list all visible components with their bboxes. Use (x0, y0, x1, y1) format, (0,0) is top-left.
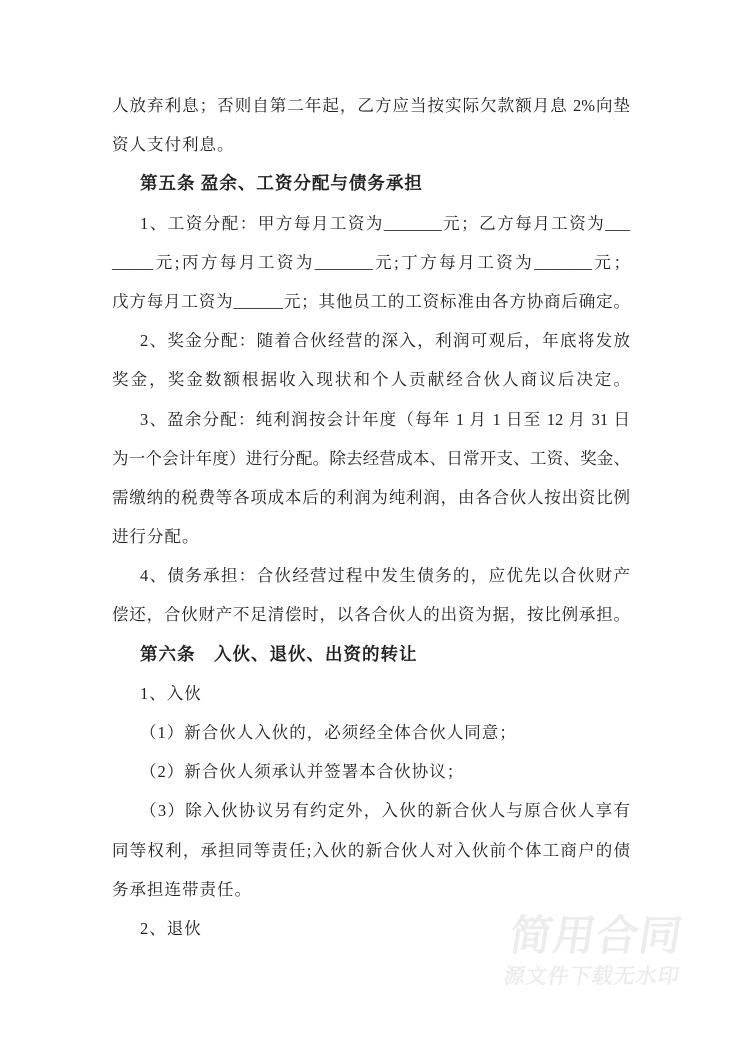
document-line: 4、债务承担：合伙经营过程中发生债务的，应优先以合伙财产 (112, 556, 630, 595)
document-line: （3）除入伙协议另有约定外，入伙的新合伙人与原合伙人享有 (112, 791, 630, 830)
document-line: 奖金，奖金数额根据收入现状和个人贡献经合伙人商议后决定。 (112, 360, 630, 399)
watermark-subtitle: 源文件下载无水印 (502, 965, 682, 989)
document-line: 资人支付利息。 (112, 125, 630, 164)
document-line: 同等权利，承担同等责任;入伙的新合伙人对入伙前个体工商户的债 (112, 831, 630, 870)
document-line: 3、盈余分配：纯利润按会计年度（每年 1 月 1 日至 12 月 31 日 (112, 400, 630, 439)
document-line: 偿还，合伙财产不足清偿时，以各合伙人的出资为据，按比例承担。 (112, 595, 630, 634)
document-line: （1）新合伙人入伙的，必须经全体合伙人同意； (112, 713, 630, 752)
watermark-title: 简用合同 (506, 912, 690, 960)
document-line: 1、工资分配：甲方每月工资为_______元；乙方每月工资为___ (112, 204, 630, 243)
document-line: 为一个会计年度）进行分配。除去经营成本、日常开支、工资、奖金、 (112, 439, 630, 478)
clause-heading: 第六条 入伙、退伙、出资的转让 (112, 635, 630, 674)
contract-page: 人放弃利息；否则自第二年起，乙方应当按实际欠款额月息 2%向垫资人支付利息。第五… (0, 0, 742, 1049)
clause-heading: 第五条 盈余、工资分配与债务承担 (112, 164, 630, 203)
document-line: 进行分配。 (112, 517, 630, 556)
document-line: 需缴纳的税费等各项成本后的利润为纯利润，由各合伙人按出资比例 (112, 478, 630, 517)
document-line: 戊方每月工资为______元；其他员工的工资标准由各方协商后确定。 (112, 282, 630, 321)
document-line: 1、入伙 (112, 674, 630, 713)
document-body: 人放弃利息；否则自第二年起，乙方应当按实际欠款额月息 2%向垫资人支付利息。第五… (112, 86, 630, 948)
document-line: 2、奖金分配：随着合伙经营的深入，利润可观后，年底将发放 (112, 321, 630, 360)
watermark: 简用合同 源文件下载无水印 (502, 912, 690, 989)
document-line: 务承担连带责任。 (112, 870, 630, 909)
document-line: 人放弃利息；否则自第二年起，乙方应当按实际欠款额月息 2%向垫 (112, 86, 630, 125)
document-line: （2）新合伙人须承认并签署本合伙协议； (112, 752, 630, 791)
document-line: _____元;丙方每月工资为_______元;丁方每月工资为_______元； (112, 243, 630, 282)
